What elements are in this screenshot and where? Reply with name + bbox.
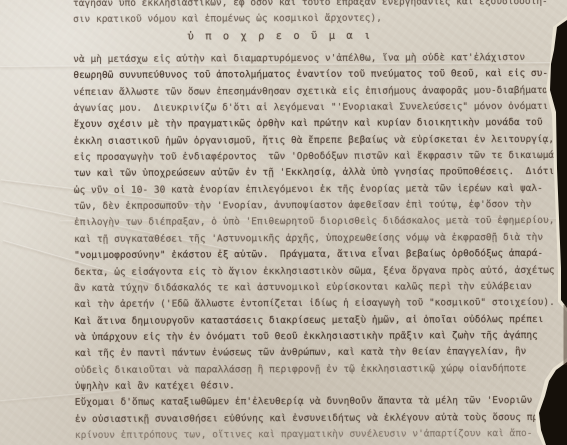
text-line: σιν κρατικοῦ νόμου καὶ ἑπομένως ὡς κοσμι… xyxy=(73,10,565,28)
text-block: τάγησαν ὑπὸ ἐκκλησιαστικῶν, ἐφ ὅσον καὶ … xyxy=(73,0,567,444)
document-heading: ὑ π ο χ ρ ε ο ῦ μ α ι xyxy=(73,27,487,45)
text-line: κρίνουν ἐπιτρόπους των, οἵτινες καὶ πραγ… xyxy=(75,426,567,444)
document-page: τάγησαν ὑπὸ ἐκκλησιαστικῶν, ἐφ ὅσον καὶ … xyxy=(0,0,567,445)
